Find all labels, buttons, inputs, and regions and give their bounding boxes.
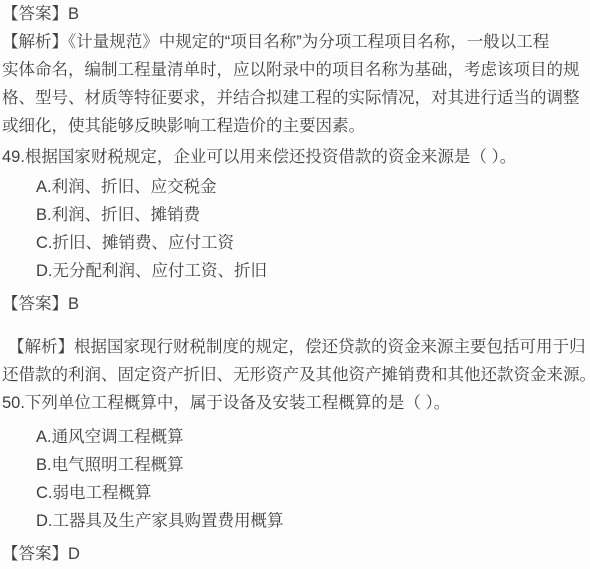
analysis-block-prev: 【解析】《计量规范》中规定的“项目名称”为分项工程项目名称，一般以工程 实体命名… <box>2 28 586 140</box>
analysis-line: 【解析】《计量规范》中规定的“项目名称”为分项工程项目名称，一般以工程 <box>2 28 586 56</box>
analysis-line: 实体命名，编制工程量清单时，应以附录中的项目名称为基础，考虑该项目的规 <box>2 56 586 84</box>
answer-line-prev: 【答案】B <box>2 0 586 28</box>
exam-document: 【答案】B 【解析】《计量规范》中规定的“项目名称”为分项工程项目名称，一般以工… <box>0 0 590 569</box>
question-49-option-b: B.利润、折旧、摊销费 <box>2 201 586 229</box>
analysis-block-49: 【解析】根据国家现行财税制度的规定，偿还贷款的资金来源主要包括可用于归 还借款的… <box>2 333 586 389</box>
question-50-stem: 50.下列单位工程概算中，属于设备及安装工程概算的是（ ）。 <box>2 389 586 417</box>
question-49-option-c: C.折旧、摊销费、应付工资 <box>2 229 586 257</box>
question-50-option-a: A.通风空调工程概算 <box>2 423 586 451</box>
answer-line-49: 【答案】B <box>2 290 586 318</box>
question-50-option-b: B.电气照明工程概算 <box>2 451 586 479</box>
question-49: 49.根据国家财税规定，企业可以用来偿还投资借款的资金来源是（ ）。 A.利润、… <box>2 143 586 389</box>
question-50-option-d: D.工器具及生产家具购置费用概算 <box>2 507 586 535</box>
question-49-option-d: D.无分配利润、应付工资、折旧 <box>2 257 586 285</box>
answer-line-50: 【答案】D <box>2 540 586 568</box>
question-50: 50.下列单位工程概算中，属于设备及安装工程概算的是（ ）。 A.通风空调工程概… <box>2 389 586 568</box>
analysis-line: 【解析】根据国家现行财税制度的规定，偿还贷款的资金来源主要包括可用于归 <box>2 333 586 361</box>
question-50-option-c: C.弱电工程概算 <box>2 479 586 507</box>
analysis-line: 或细化，使其能够反映影响工程造价的主要因素。 <box>2 112 586 140</box>
question-49-option-a: A.利润、折旧、应交税金 <box>2 173 586 201</box>
question-49-stem: 49.根据国家财税规定，企业可以用来偿还投资借款的资金来源是（ ）。 <box>2 143 586 171</box>
analysis-line: 还借款的利润、固定资产折旧、无形资产及其他资产摊销费和其他还款资金来源。 <box>2 361 586 389</box>
analysis-line: 格、型号、材质等特征要求，并结合拟建工程的实际情况，对其进行适当的调整 <box>2 84 586 112</box>
